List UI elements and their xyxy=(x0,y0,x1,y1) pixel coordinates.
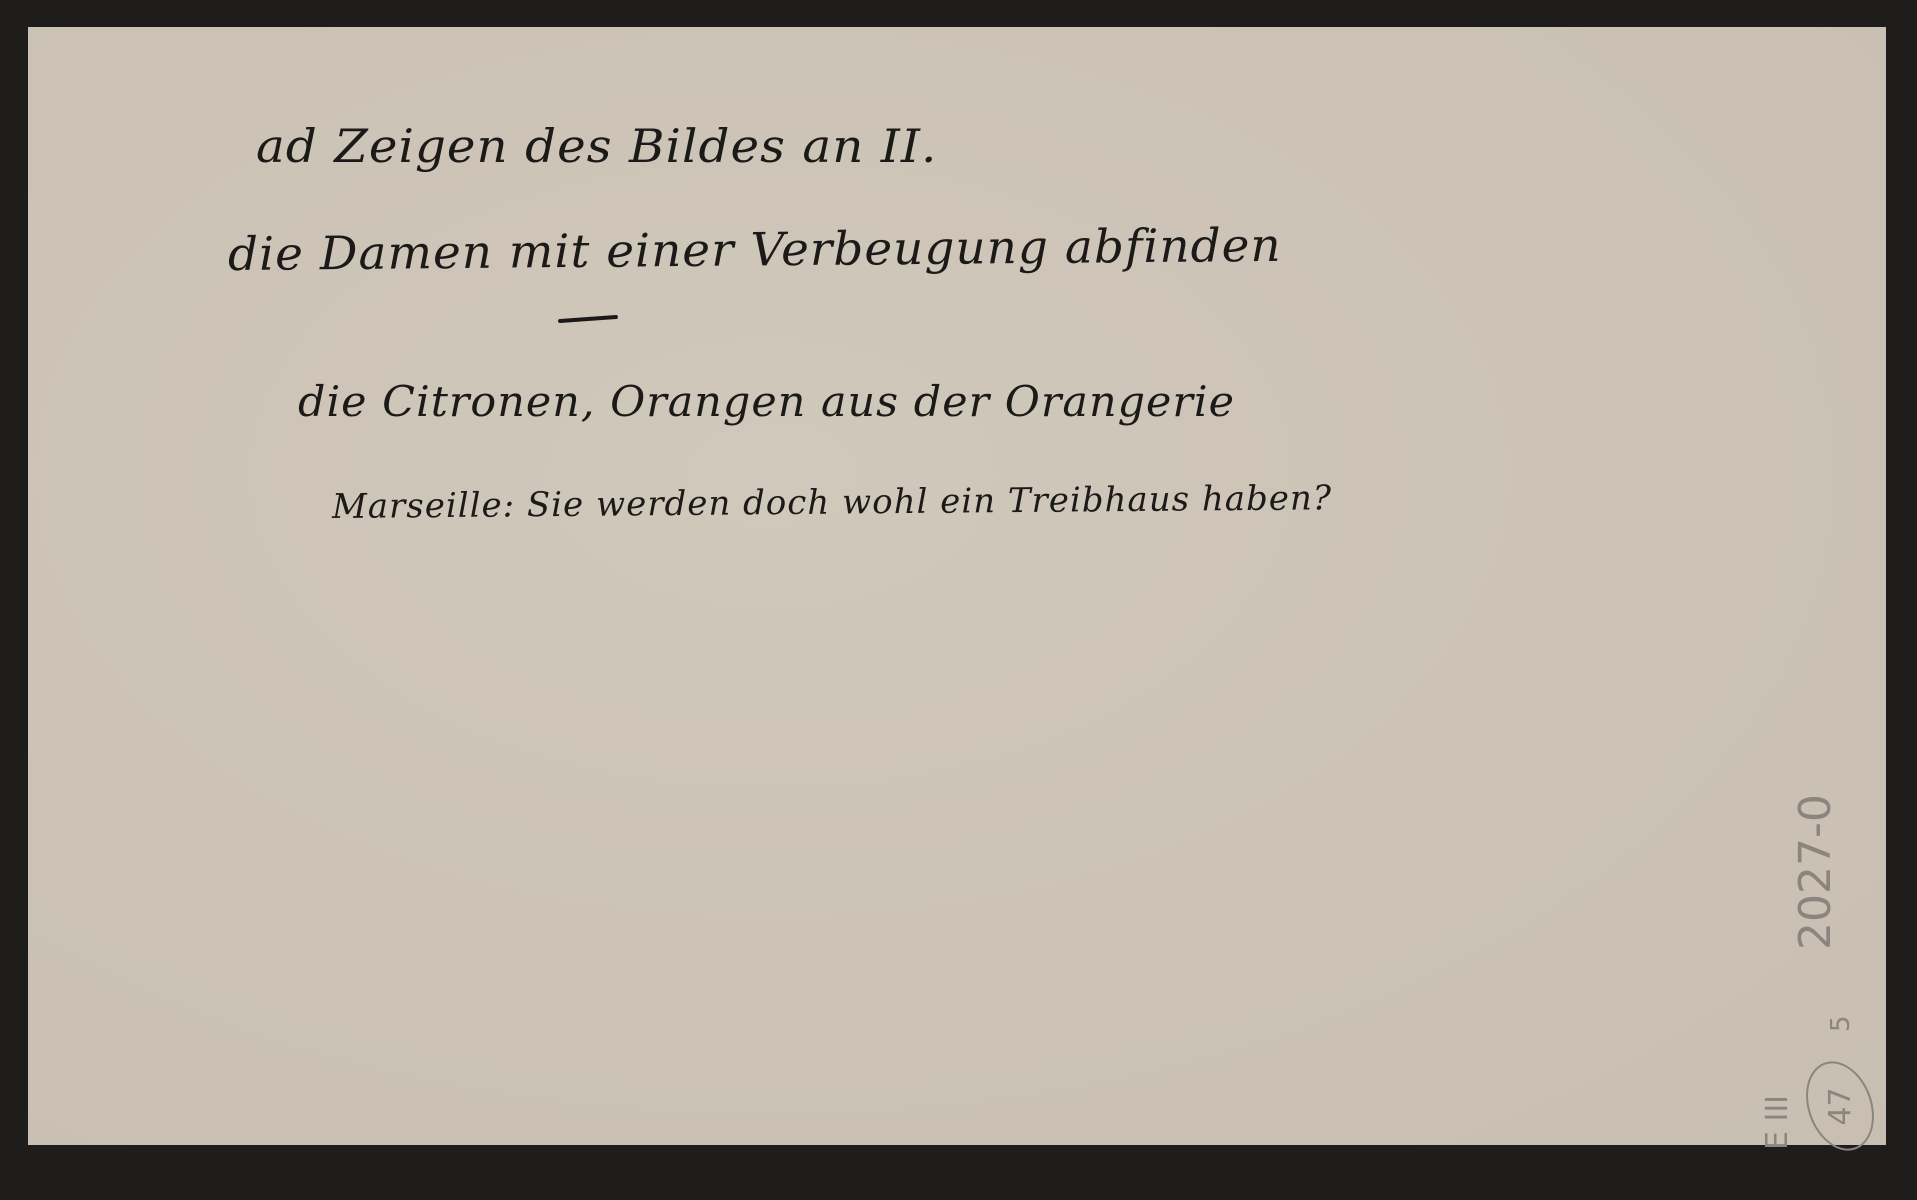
handwritten-line-3: die Citronen, Orangen aus der Orangerie xyxy=(298,377,1235,426)
document-page: ad Zeigen des Bildes an II. die Damen mi… xyxy=(28,27,1886,1145)
folio-sub-annotation: 5 xyxy=(1826,1015,1856,1032)
handwritten-line-1: ad Zeigen des Bildes an II. xyxy=(256,119,937,173)
separator-dash xyxy=(558,315,618,323)
folio-number: 47 xyxy=(1823,1087,1858,1125)
archive-number-annotation: 2027-0 xyxy=(1790,794,1841,950)
handwritten-line-4: Marseille: Sie werden doch wohl ein Trei… xyxy=(332,478,1332,527)
handwritten-line-2: die Damen mit einer Verbeugung abfinden xyxy=(228,218,1282,281)
series-mark-annotation: E III xyxy=(1760,1095,1795,1150)
